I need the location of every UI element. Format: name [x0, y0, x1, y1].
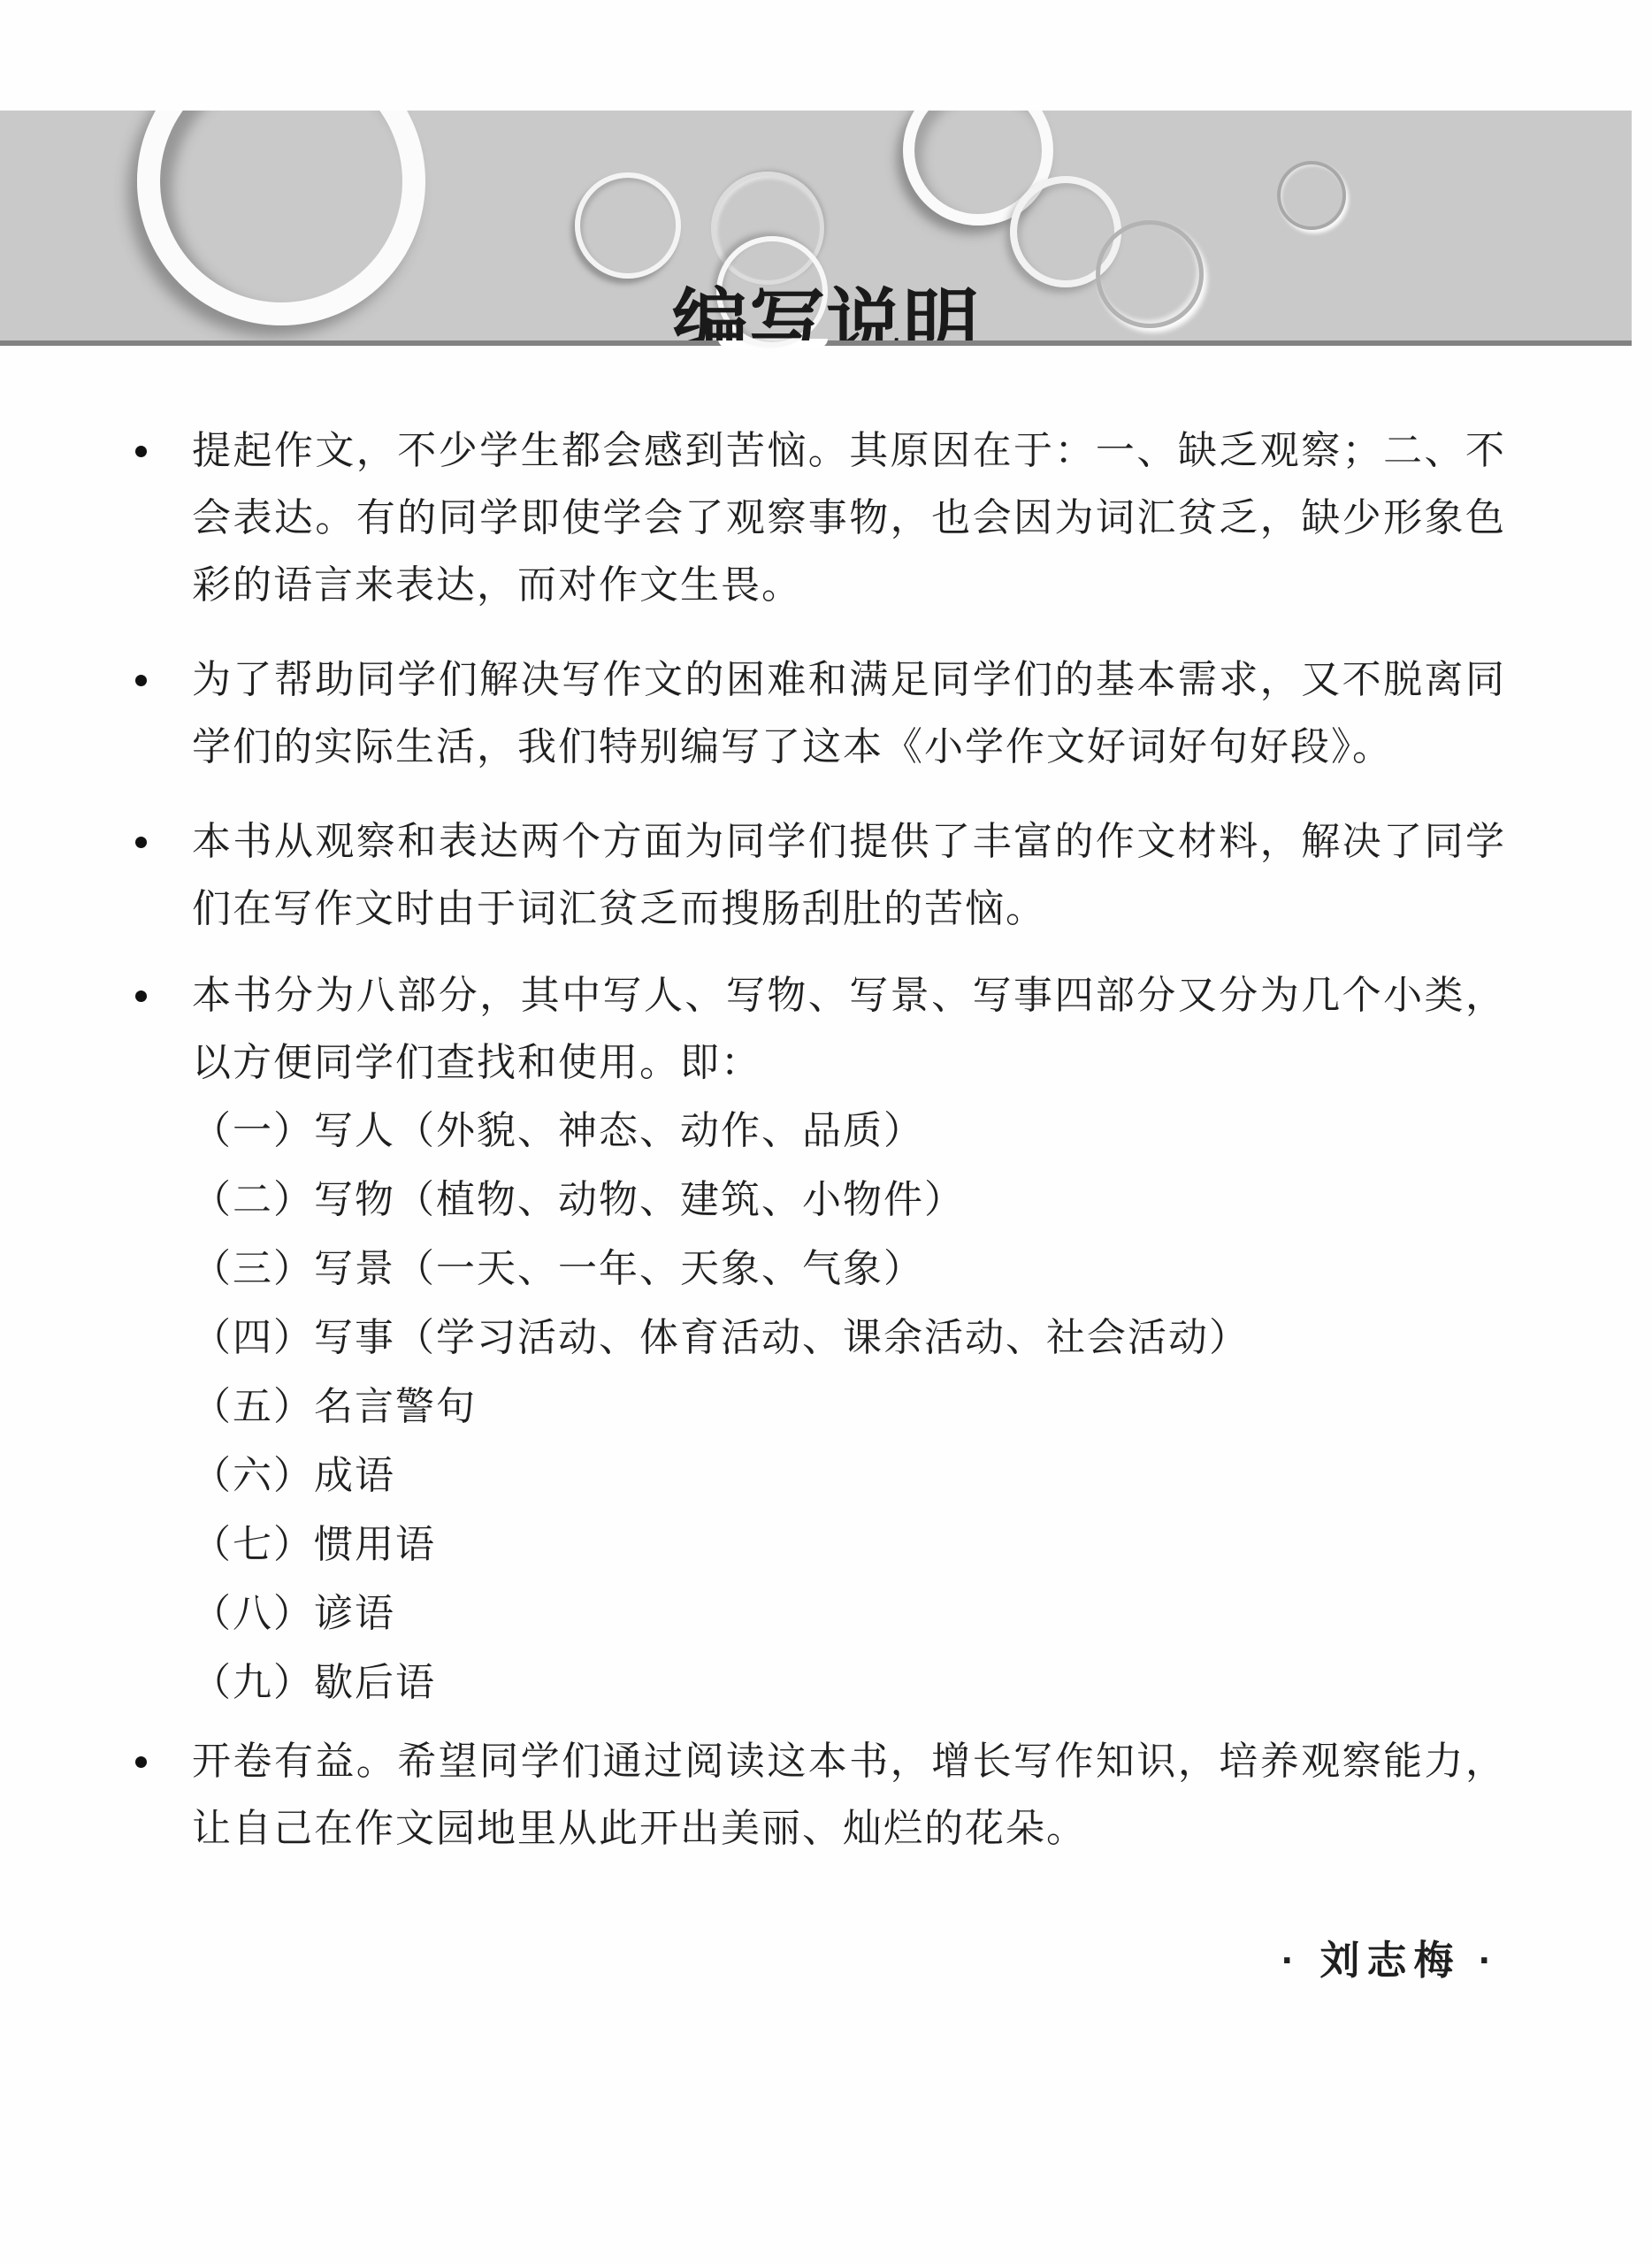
- header-band: 编写说明: [0, 111, 1632, 340]
- intro-paragraph-3: 本书从观察和表达两个方面为同学们提供了丰富的作文材料，解决了同学 们在写作文时由…: [192, 808, 1506, 943]
- paragraph-line: 本书分为八部分，其中写人、写物、写景、写事四部分又分为几个小类，: [192, 962, 1506, 1029]
- book-page: 编写说明 提起作文，不少学生都会感到苦恼。其原因在于：一、缺乏观察；二、不 会表…: [0, 0, 1652, 2264]
- paragraph-line: 学们的实际生活，我们特别编写了这本《小学作文好词好句好段》。: [192, 714, 1506, 781]
- paragraph-line: 提起作文，不少学生都会感到苦恼。其原因在于：一、缺乏观察；二、不: [192, 417, 1506, 485]
- paragraph-line: 让自己在作文园地里从此开出美丽、灿烂的花朵。: [192, 1795, 1506, 1862]
- paragraph-line: 们在写作文时由于词汇贫乏而搜肠刮肚的苦恼。: [192, 876, 1506, 943]
- category-item-4: （四）写事（学习活动、体育活动、课余活动、社会活动）: [192, 1304, 1506, 1373]
- paragraph-line: 彩的语言来表达，而对作文生畏。: [192, 552, 1506, 619]
- decor-circle-large-left: [137, 111, 425, 325]
- paragraph-line: 会表达。有的同学即使学会了观察事物，也会因为词汇贫乏，缺少形象色: [192, 485, 1506, 552]
- category-list: （一）写人（外貌、神态、动作、品质） （二）写物（植物、动物、建筑、小物件） （…: [192, 1097, 1506, 1717]
- category-item-6: （六）成语: [192, 1442, 1506, 1511]
- paragraph-line: 本书从观察和表达两个方面为同学们提供了丰富的作文材料，解决了同学: [192, 808, 1506, 876]
- category-item-1: （一）写人（外貌、神态、动作、品质）: [192, 1097, 1506, 1166]
- intro-paragraph-2: 为了帮助同学们解决写作文的困难和满足同学们的基本需求，又不脱离同 学们的实际生活…: [192, 646, 1506, 781]
- category-item-7: （七）惯用语: [192, 1511, 1506, 1579]
- decor-circle-left-of-title: [575, 172, 681, 279]
- closing-paragraph: 开卷有益。希望同学们通过阅读这本书，增长写作知识，培养观察能力， 让自己在作文园…: [192, 1728, 1506, 1862]
- page-title: 编写说明: [672, 282, 980, 340]
- decor-circle-right: [1096, 220, 1204, 328]
- category-item-5: （五）名言警句: [192, 1373, 1506, 1442]
- category-item-9: （九）歇后语: [192, 1648, 1506, 1717]
- category-item-8: （八）谚语: [192, 1579, 1506, 1648]
- decor-circle-small-right: [1277, 161, 1346, 230]
- structure-paragraph: 本书分为八部分，其中写人、写物、写景、写事四部分又分为几个小类， 以方便同学们查…: [192, 962, 1506, 1097]
- author-signature: · 刘志梅 ·: [192, 1927, 1506, 1994]
- intro-paragraph-1: 提起作文，不少学生都会感到苦恼。其原因在于：一、缺乏观察；二、不 会表达。有的同…: [192, 417, 1506, 619]
- paragraph-line: 以方便同学们查找和使用。即：: [192, 1029, 1506, 1097]
- category-item-3: （三）写景（一天、一年、天象、气象）: [192, 1235, 1506, 1304]
- category-item-2: （二）写物（植物、动物、建筑、小物件）: [192, 1166, 1506, 1235]
- paragraph-line: 开卷有益。希望同学们通过阅读这本书，增长写作知识，培养观察能力，: [192, 1728, 1506, 1795]
- page-content: 提起作文，不少学生都会感到苦恼。其原因在于：一、缺乏观察；二、不 会表达。有的同…: [192, 417, 1506, 1994]
- paragraph-line: 为了帮助同学们解决写作文的困难和满足同学们的基本需求，又不脱离同: [192, 646, 1506, 714]
